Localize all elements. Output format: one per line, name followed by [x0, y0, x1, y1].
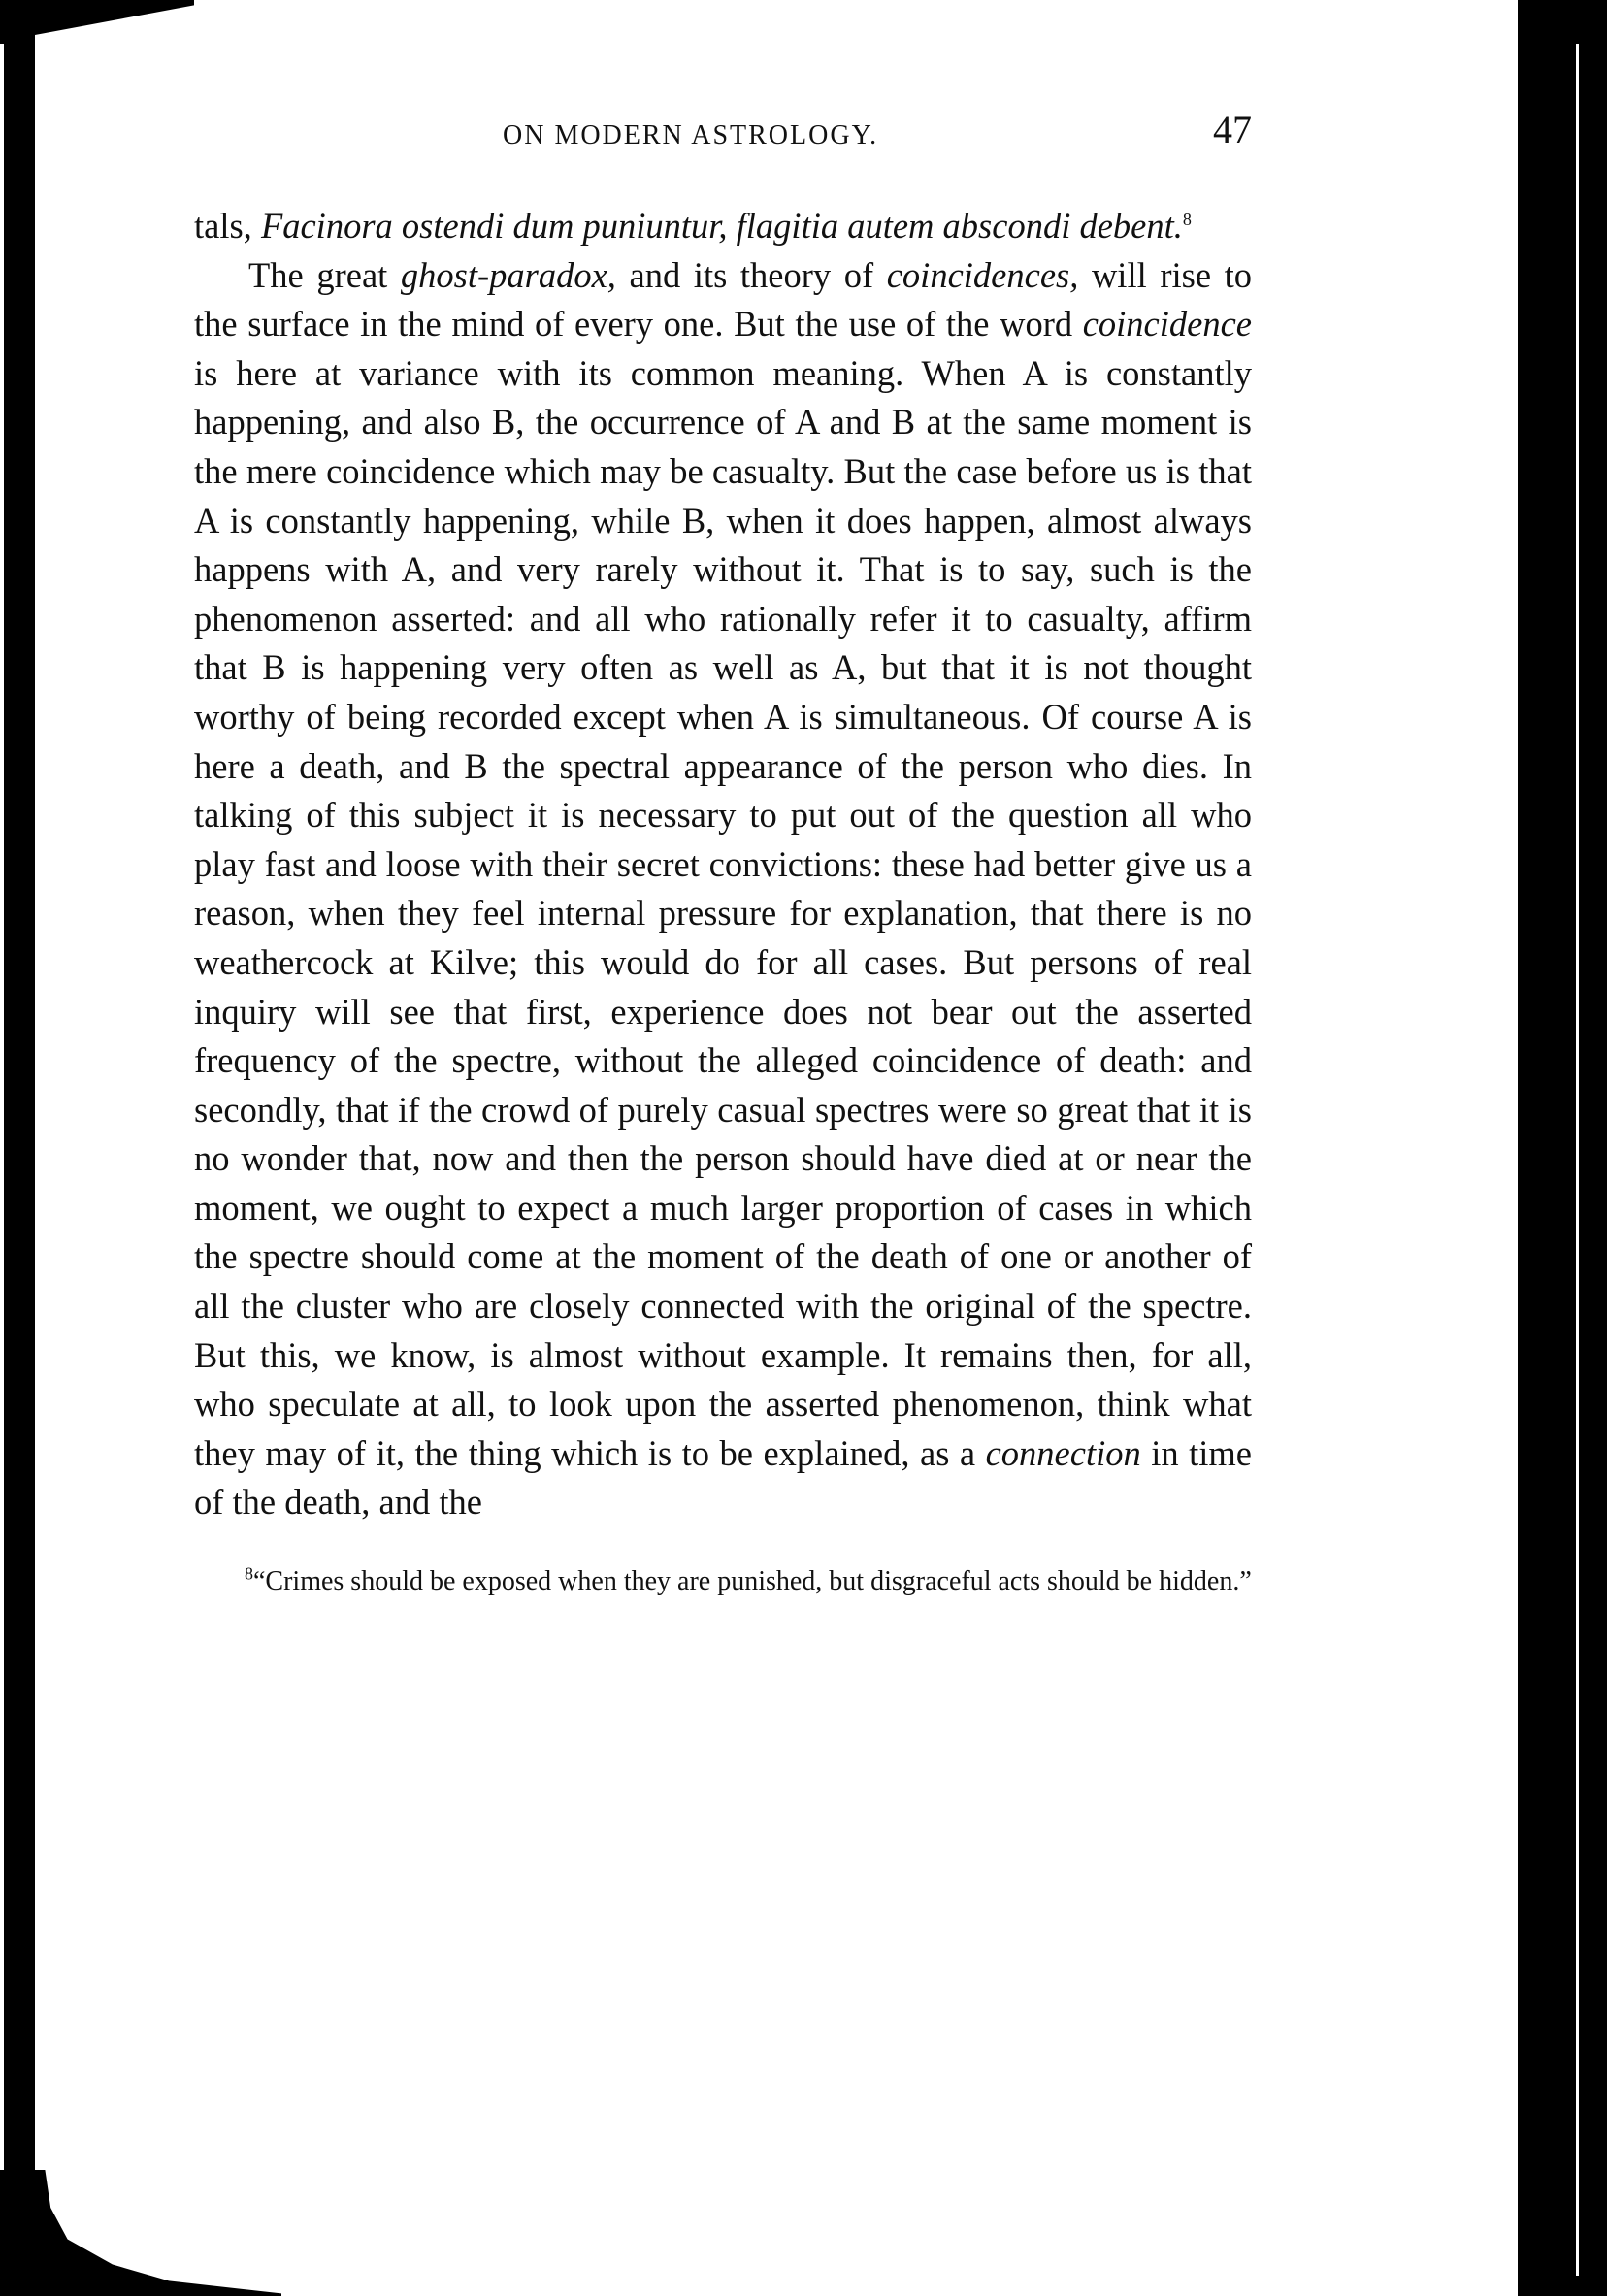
- emphasis-connection: connection: [986, 1433, 1141, 1473]
- text-run: tals,: [194, 206, 261, 246]
- latin-quote: Facinora ostendi dum puniuntur, flagitia…: [261, 206, 1183, 246]
- emphasis-coincidences: coincidences,: [887, 255, 1079, 295]
- footnote-text: “Crimes should be exposed when they are …: [253, 1566, 1252, 1596]
- scan-border-right: [1518, 0, 1607, 2296]
- body-text: tals, Facinora ostendi dum puniuntur, fl…: [194, 202, 1252, 1527]
- text-run: and its theory of: [616, 255, 887, 295]
- running-head: ON MODERN ASTROLOGY. 47: [194, 107, 1252, 165]
- footnote-body: 8“Crimes should be exposed when they are…: [194, 1566, 1252, 1597]
- running-title: ON MODERN ASTROLOGY.: [503, 120, 878, 151]
- book-page: ON MODERN ASTROLOGY. 47 tals, Facinora o…: [194, 107, 1252, 1597]
- text-run: is here at variance with its common mean…: [194, 353, 1252, 1473]
- footnote-marker: 8: [245, 1564, 253, 1584]
- text-run: The great: [248, 255, 401, 295]
- footnote-reference: 8: [1183, 210, 1192, 229]
- paragraph-1: tals, Facinora ostendi dum puniuntur, fl…: [194, 202, 1252, 251]
- scan-border-right-stripe: [1576, 44, 1579, 2276]
- paragraph-2: The great ghost-paradox, and its theory …: [194, 251, 1252, 1527]
- scan-border-top-corner: [0, 0, 194, 44]
- footnote: 8“Crimes should be exposed when they are…: [194, 1566, 1252, 1597]
- emphasis-coincidence: coincidence: [1083, 304, 1252, 344]
- page-number: 47: [1213, 107, 1252, 152]
- emphasis-ghost-paradox: ghost-paradox,: [401, 255, 616, 295]
- scan-border-bottom-corner: [0, 2170, 281, 2296]
- scan-border-left: [4, 0, 35, 2296]
